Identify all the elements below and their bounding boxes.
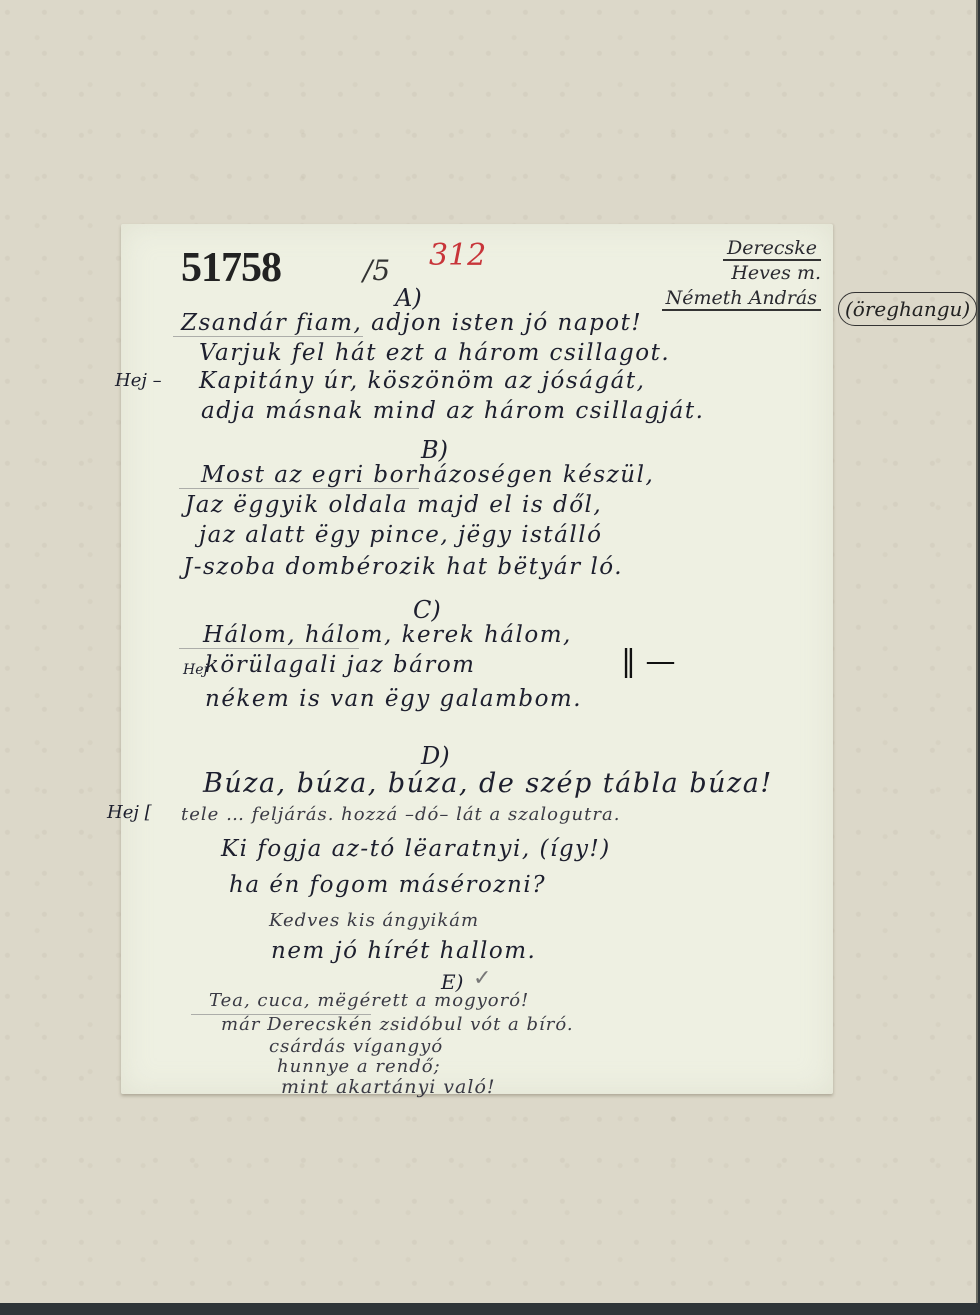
village-name: Derecske <box>723 237 821 261</box>
section-c-label: C) <box>413 596 441 624</box>
verse-line: hunnye a rendő; <box>277 1056 441 1077</box>
check-mark: ✓ <box>473 966 491 991</box>
verse-line: J-szoba dombérozik hat bëtyár ló. <box>183 554 623 580</box>
county-name: Heves m. <box>662 261 821 286</box>
verse-line: Tea, cuca, mëgérett a mogyoró! <box>209 990 529 1011</box>
underline-mark <box>179 488 419 489</box>
verse-line: Kedves kis ángyikám <box>269 910 479 931</box>
section-b-label: B) <box>421 436 448 464</box>
verse-line: Ki fogja az-tó lëaratnyi, (így!) <box>221 836 611 862</box>
location-block: Derecske Heves m. Németh András <box>662 236 821 311</box>
section-d-label: D) <box>421 742 450 770</box>
verse-line: Hálom, hálom, kerek hálom, <box>203 622 572 648</box>
verse-line: nem jó hírét hallom. <box>271 938 536 964</box>
verse-line: már Derecskén zsidóbul vót a bíró. <box>221 1014 574 1035</box>
verse-line: jaz alatt ëgy pince, jëgy istálló <box>199 522 602 548</box>
voice-note: (öreghangu) <box>838 292 977 326</box>
catalog-suffix: /5 <box>363 254 390 287</box>
underline-mark <box>173 336 363 337</box>
verse-line: mint akartányi való! <box>281 1076 496 1098</box>
margin-note: Hej – <box>115 370 162 391</box>
verse-line: Búza, búza, búza, de szép tábla búza! <box>203 768 773 799</box>
verse-line: körülagali jaz bárom <box>205 652 475 678</box>
verse-line: Varjuk fel hát ezt a három csillagot. <box>199 340 670 366</box>
verse-line: Zsandár fiam, adjon isten jó napot! <box>181 310 642 336</box>
verse-line: nékem is van ëgy galambom. <box>205 686 582 712</box>
section-a-label: A) <box>395 284 422 312</box>
verse-line: Jaz ëggyik oldala majd el is dől, <box>185 492 602 518</box>
verse-line: csárdás vígangyó <box>269 1036 443 1057</box>
underline-mark <box>179 648 359 649</box>
verse-line: ha én fogom másérozni? <box>229 872 546 898</box>
verse-line: Kapitány úr, köszönöm az jóságát, <box>199 368 645 394</box>
margin-note: Hej [ <box>107 802 152 823</box>
verse-line: adja másnak mind az három csillagját. <box>201 398 704 424</box>
manuscript-sheet: 51758 /5 312 Derecske Heves m. Németh An… <box>121 224 833 1094</box>
performer-name: Németh András <box>662 287 821 311</box>
repeat-bar-mark: ‖ — <box>621 644 676 679</box>
catalog-number: 51758 <box>181 244 281 292</box>
page-number-red: 312 <box>429 238 486 273</box>
verse-line: Most az egri borházoségen készül, <box>201 462 654 488</box>
verse-line: tele … feljárás. hozzá –dó– lát a szalog… <box>181 804 620 825</box>
